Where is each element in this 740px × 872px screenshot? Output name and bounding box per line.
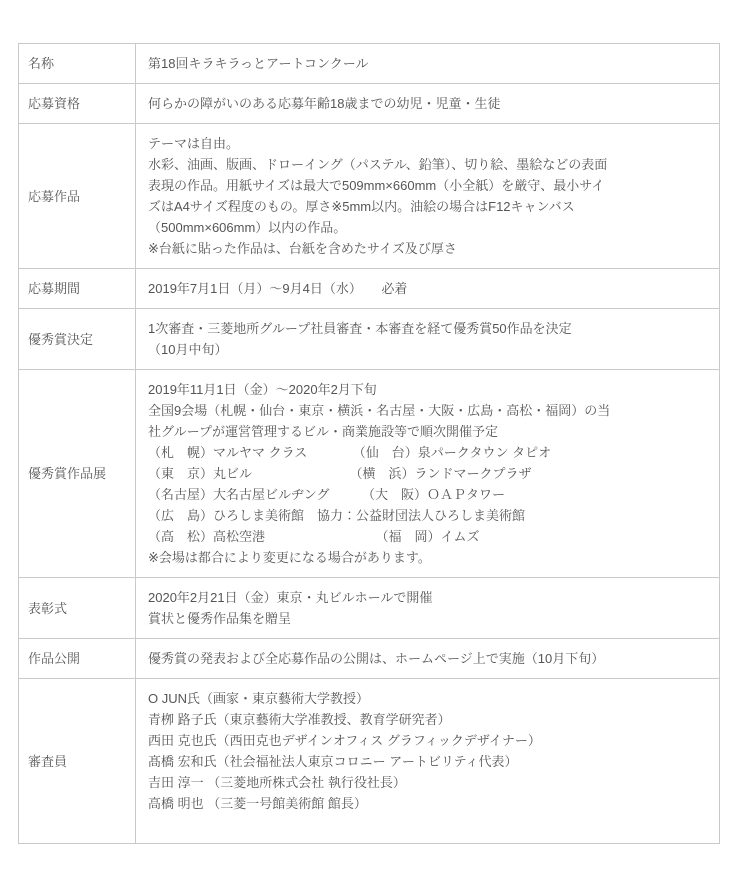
table-row-exhibition: 優秀賞作品展 2019年11月1日（金）～2020年2月下旬 全国9会場（札幌・…: [19, 370, 720, 578]
content-line: 青栁 路子氏（東京藝術大学准教授、教育学研究者）: [148, 709, 705, 730]
table-row-ceremony: 表彰式 2020年2月21日（金）東京・丸ビルホールで開催 賞状と優秀作品集を贈…: [19, 578, 720, 639]
row-label: 優秀賞決定: [19, 309, 136, 370]
row-label: 応募期間: [19, 269, 136, 309]
content-line: （札 幌）マルヤマ クラス （仙 台）泉パークタウン タピオ: [148, 442, 705, 463]
content-line: （広 島）ひろしま美術館 協力：公益財団法人ひろしま美術館: [148, 505, 705, 526]
content-line: 吉田 淳一 （三菱地所株式会社 執行役社長）: [148, 772, 705, 793]
content-line: ズはA4サイズ程度のもの。厚さ※5mm以内。油絵の場合はF12キャンバス: [148, 196, 705, 217]
row-content: 第18回キラキラっとアートコンクール: [136, 44, 720, 84]
row-label: 作品公開: [19, 639, 136, 679]
content-line: ※台紙に貼った作品は、台紙を含めたサイズ及び厚さ: [148, 238, 705, 259]
content-line: 賞状と優秀作品集を贈呈: [148, 608, 705, 629]
row-content: 1次審査・三菱地所グループ社員審査・本審査を経て優秀賞50作品を決定 （10月中…: [136, 309, 720, 370]
content-line: 2020年2月21日（金）東京・丸ビルホールで開催: [148, 587, 705, 608]
content-line: 全国9会場（札幌・仙台・東京・横浜・名古屋・大阪・広島・高松・福岡）の当: [148, 400, 705, 421]
contest-info-table: 名称 第18回キラキラっとアートコンクール 応募資格 何らかの障がいのある応募年…: [18, 43, 720, 844]
row-label: 表彰式: [19, 578, 136, 639]
content-line: 社グループが運営管理するビル・商業施設等で順次開催予定: [148, 421, 705, 442]
row-label: 名称: [19, 44, 136, 84]
content-line: （500mm×606mm）以内の作品。: [148, 217, 705, 238]
table-row-period: 応募期間 2019年7月1日（月）～9月4日（水） 必着: [19, 269, 720, 309]
table-row-judges: 審査員 O JUN氏（画家・東京藝術大学教授） 青栁 路子氏（東京藝術大学准教授…: [19, 679, 720, 844]
row-content: 2020年2月21日（金）東京・丸ビルホールで開催 賞状と優秀作品集を贈呈: [136, 578, 720, 639]
row-label: 優秀賞作品展: [19, 370, 136, 578]
content-line: 第18回キラキラっとアートコンクール: [148, 53, 705, 74]
content-line: （10月中旬）: [148, 339, 705, 360]
row-label: 応募作品: [19, 124, 136, 269]
content-line: 2019年7月1日（月）～9月4日（水） 必着: [148, 278, 705, 299]
content-line: 高橋 明也 （三菱一号館美術館 館長）: [148, 793, 705, 814]
content-line: 2019年11月1日（金）～2020年2月下旬: [148, 379, 705, 400]
content-line: 髙橋 宏和氏（社会福祉法人東京コロニー アートビリティ代表）: [148, 751, 705, 772]
row-content: 2019年11月1日（金）～2020年2月下旬 全国9会場（札幌・仙台・東京・横…: [136, 370, 720, 578]
content-line: （名古屋）大名古屋ビルヂング （大 阪）ＯＡＰタワー: [148, 484, 705, 505]
content-line: 表現の作品。用紙サイズは最大で509mm×660mm（小全紙）を厳守、最小サイ: [148, 175, 705, 196]
content-line: 水彩、油画、版画、ドローイング（パステル、鉛筆）、切り絵、墨絵などの表面: [148, 154, 705, 175]
content-line: O JUN氏（画家・東京藝術大学教授）: [148, 688, 705, 709]
row-content: テーマは自由。 水彩、油画、版画、ドローイング（パステル、鉛筆）、切り絵、墨絵な…: [136, 124, 720, 269]
table-row-award-decision: 優秀賞決定 1次審査・三菱地所グループ社員審査・本審査を経て優秀賞50作品を決定…: [19, 309, 720, 370]
content-line: テーマは自由。: [148, 133, 705, 154]
table-row-artwork: 応募作品 テーマは自由。 水彩、油画、版画、ドローイング（パステル、鉛筆）、切り…: [19, 124, 720, 269]
content-line: （高 松）高松空港 （福 岡）イムズ: [148, 526, 705, 547]
table-row-publication: 作品公開 優秀賞の発表および全応募作品の公開は、ホームページ上で実施（10月下旬…: [19, 639, 720, 679]
table-row-eligibility: 応募資格 何らかの障がいのある応募年齢18歳までの幼児・児童・生徒: [19, 84, 720, 124]
row-content: 優秀賞の発表および全応募作品の公開は、ホームページ上で実施（10月下旬）: [136, 639, 720, 679]
content-line: （東 京）丸ビル （横 浜）ランドマークプラザ: [148, 463, 705, 484]
table-row-name: 名称 第18回キラキラっとアートコンクール: [19, 44, 720, 84]
content-line: 西田 克也氏（西田克也デザインオフィス グラフィックデザイナー）: [148, 730, 705, 751]
row-label: 応募資格: [19, 84, 136, 124]
page: 名称 第18回キラキラっとアートコンクール 応募資格 何らかの障がいのある応募年…: [0, 0, 740, 872]
content-line: ※会場は都合により変更になる場合があります。: [148, 547, 705, 568]
content-line: 1次審査・三菱地所グループ社員審査・本審査を経て優秀賞50作品を決定: [148, 318, 705, 339]
row-content: O JUN氏（画家・東京藝術大学教授） 青栁 路子氏（東京藝術大学准教授、教育学…: [136, 679, 720, 844]
row-label: 審査員: [19, 679, 136, 844]
content-line: 何らかの障がいのある応募年齢18歳までの幼児・児童・生徒: [148, 93, 705, 114]
row-content: 2019年7月1日（月）～9月4日（水） 必着: [136, 269, 720, 309]
content-line: 優秀賞の発表および全応募作品の公開は、ホームページ上で実施（10月下旬）: [148, 648, 705, 669]
row-content: 何らかの障がいのある応募年齢18歳までの幼児・児童・生徒: [136, 84, 720, 124]
